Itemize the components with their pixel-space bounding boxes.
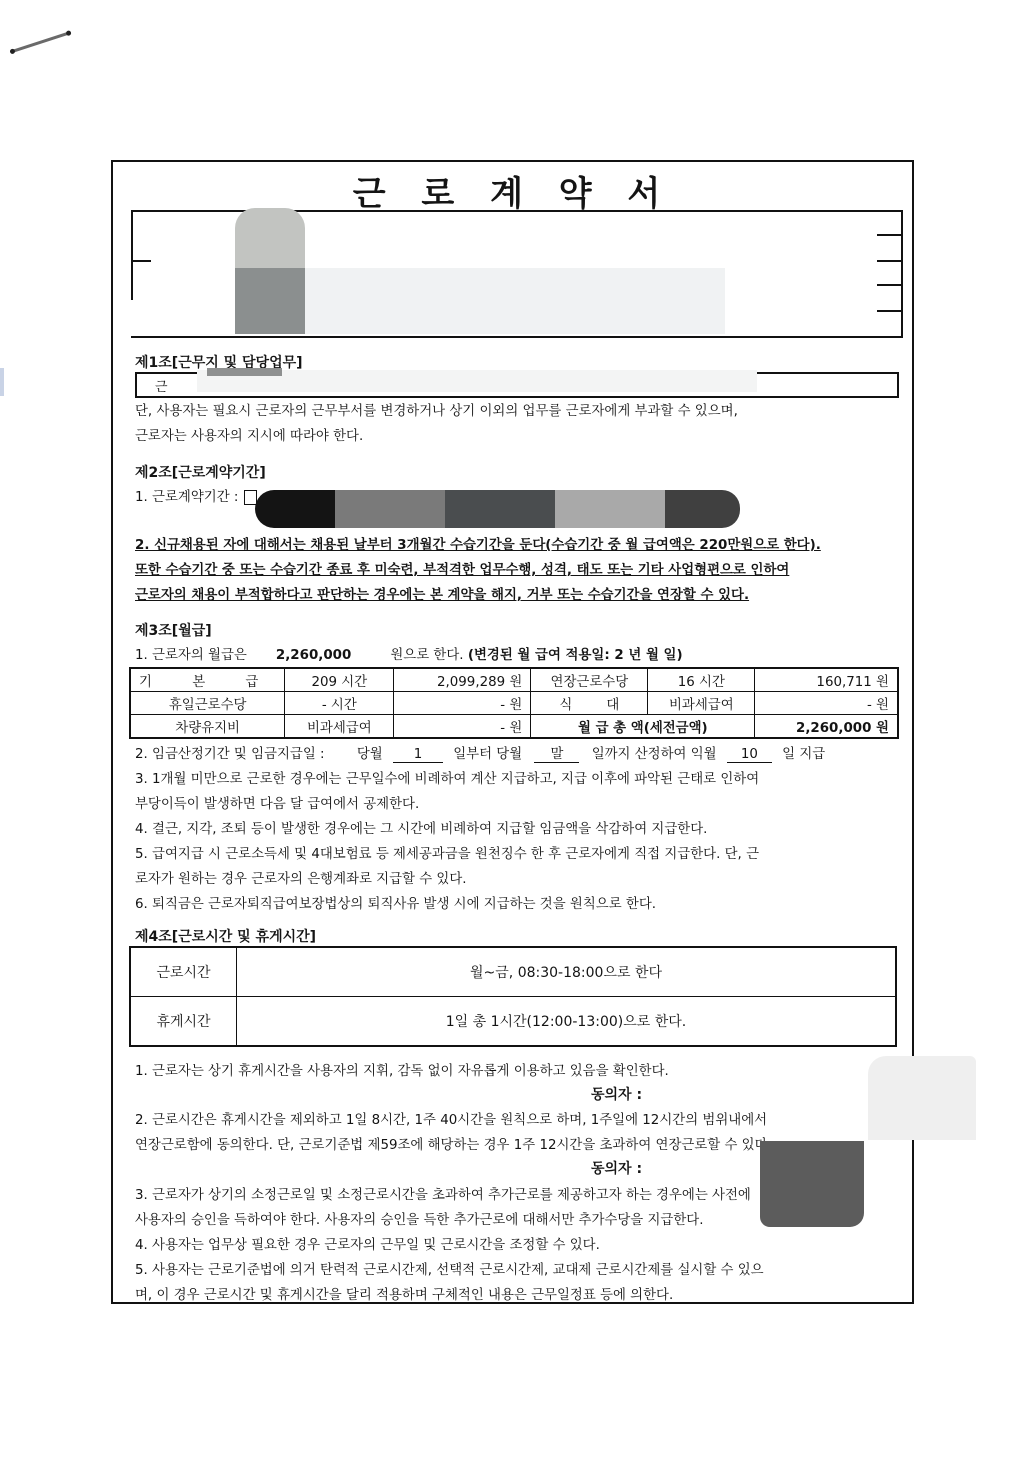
hours-clause: 연장근로함에 동의한다. 단, 근로기준법 제59조에 해당하는 경우 1주 1… bbox=[135, 1134, 772, 1153]
total-amount: 2,260,000 원 bbox=[755, 715, 898, 739]
pay-day: 10 bbox=[727, 747, 772, 763]
pay-clause: 6. 퇴직금은 근로자퇴직급여보장법상의 퇴직사유 발생 시에 지급하는 것을 … bbox=[135, 893, 656, 912]
hours-clause: 3. 근로자가 상기의 소정근로일 및 소정근로시간을 초과하여 추가근로를 제… bbox=[135, 1184, 751, 1203]
contract-period-label: 1. 근로계약기간 : bbox=[135, 486, 257, 505]
redaction bbox=[235, 268, 305, 334]
workplace-field: 근 bbox=[135, 372, 899, 398]
consent-label: 동의자 : bbox=[591, 1158, 642, 1178]
redaction bbox=[255, 490, 740, 528]
probation-clause: 근로자의 채용이 부적합하다고 판단하는 경우에는 본 계약을 해지, 거부 또… bbox=[135, 584, 749, 603]
edge-mark bbox=[0, 368, 4, 396]
pay-period-line: 2. 임금산정기간 및 임금지급일 : 당월 1 일부터 당월 말 일까지 산정… bbox=[135, 743, 825, 763]
pen-mark bbox=[12, 32, 70, 53]
hours-clause: 4. 사용자는 업무상 필요한 경우 근로자의 근무일 및 근로시간을 조정할 … bbox=[135, 1234, 600, 1253]
redaction bbox=[235, 208, 305, 268]
hours-clause: 2. 근로시간은 휴게시간을 제외하고 1일 8시간, 1주 40시간을 원칙으… bbox=[135, 1109, 767, 1128]
hours-clause: 사용자의 승인을 득하여야 한다. 사용자의 승인을 득한 추가근로에 대해서만… bbox=[135, 1209, 704, 1228]
table-row: 휴일근로수당 - 시간 - 원 식 대 비과세급여 - 원 bbox=[130, 692, 898, 715]
hours-clause: 1. 근로자는 상기 휴게시간을 사용자의 지휘, 감독 없이 자유롭게 이용하… bbox=[135, 1060, 669, 1079]
table-row: 기 본 급 209 시간 2,099,289 원 연장근로수당 16 시간 16… bbox=[130, 668, 898, 692]
hours-clause: 며, 이 경우 근로시간 및 휴게시간을 달리 적용하며 구체적인 내용은 근무… bbox=[135, 1284, 673, 1303]
party-info-box bbox=[131, 210, 903, 338]
pay-end-day: 말 bbox=[534, 743, 579, 763]
redaction bbox=[868, 1056, 976, 1140]
article1-note: 근로자는 사용자의 지시에 따라야 한다. bbox=[135, 425, 363, 444]
pay-table: 기 본 급 209 시간 2,099,289 원 연장근로수당 16 시간 16… bbox=[129, 667, 899, 739]
probation-clause: 또한 수습기간 중 또는 수습기간 종료 후 미숙련, 부적격한 업무수행, 성… bbox=[135, 559, 789, 578]
table-row: 근로시간 월~금, 08:30-18:00으로 한다 bbox=[130, 947, 896, 997]
pay-clause: 3. 1개월 미만으로 근로한 경우에는 근무일수에 비례하여 계산 지급하고,… bbox=[135, 768, 759, 787]
pay-clause: 로자가 원하는 경우 근로자의 은행계좌로 지급할 수 있다. bbox=[135, 868, 467, 887]
table-row: 휴게시간 1일 총 1시간(12:00-13:00)으로 한다. bbox=[130, 997, 896, 1047]
redaction bbox=[760, 1141, 864, 1227]
redaction bbox=[207, 368, 282, 376]
table-row: 차량유지비 비과세급여 - 원 월 급 총 액(세전금액) 2,260,000 … bbox=[130, 715, 898, 739]
article1-note: 단, 사용자는 필요시 근로자의 근무부서를 변경하거나 상기 이외의 업무를 … bbox=[135, 400, 738, 419]
redaction bbox=[305, 268, 725, 334]
salary-line: 1. 근로자의 월급은 2,260,000 원으로 한다. (변경된 월 급여 … bbox=[135, 644, 683, 663]
contract-page: 근 로 계 약 서 제1조[근무지 및 담당업무] 근 단, 사용자는 필요시 … bbox=[111, 160, 914, 1304]
pay-start-day: 1 bbox=[393, 747, 443, 763]
total-label: 월 급 총 액(세전금액) bbox=[531, 715, 755, 739]
probation-clause: 2. 신규채용된 자에 대해서는 채용된 날부터 3개월간 수습기간을 둔다(수… bbox=[135, 534, 821, 553]
pay-clause: 4. 결근, 지각, 조퇴 등이 발생한 경우에는 그 시간에 비례하여 지급할… bbox=[135, 818, 707, 837]
article3-heading: 제3조[월급] bbox=[135, 620, 212, 640]
pay-clause: 5. 급여지급 시 근로소득세 및 4대보험료 등 제세공과금을 원천징수 한 … bbox=[135, 843, 759, 862]
consent-label: 동의자 : bbox=[591, 1084, 642, 1104]
salary-amount: 2,260,000 bbox=[261, 648, 366, 663]
document-title: 근 로 계 약 서 bbox=[113, 166, 912, 215]
pay-clause: 부당이득이 발생하면 다음 달 급여에서 공제한다. bbox=[135, 793, 419, 812]
working-hours-table: 근로시간 월~금, 08:30-18:00으로 한다 휴게시간 1일 총 1시간… bbox=[129, 946, 897, 1047]
article2-heading: 제2조[근로계약기간] bbox=[135, 462, 266, 482]
article4-heading: 제4조[근로시간 및 휴게시간] bbox=[135, 926, 316, 946]
hours-clause: 5. 사용자는 근로기준법에 의거 탄력적 근로시간제, 선택적 근로시간제, … bbox=[135, 1259, 764, 1278]
